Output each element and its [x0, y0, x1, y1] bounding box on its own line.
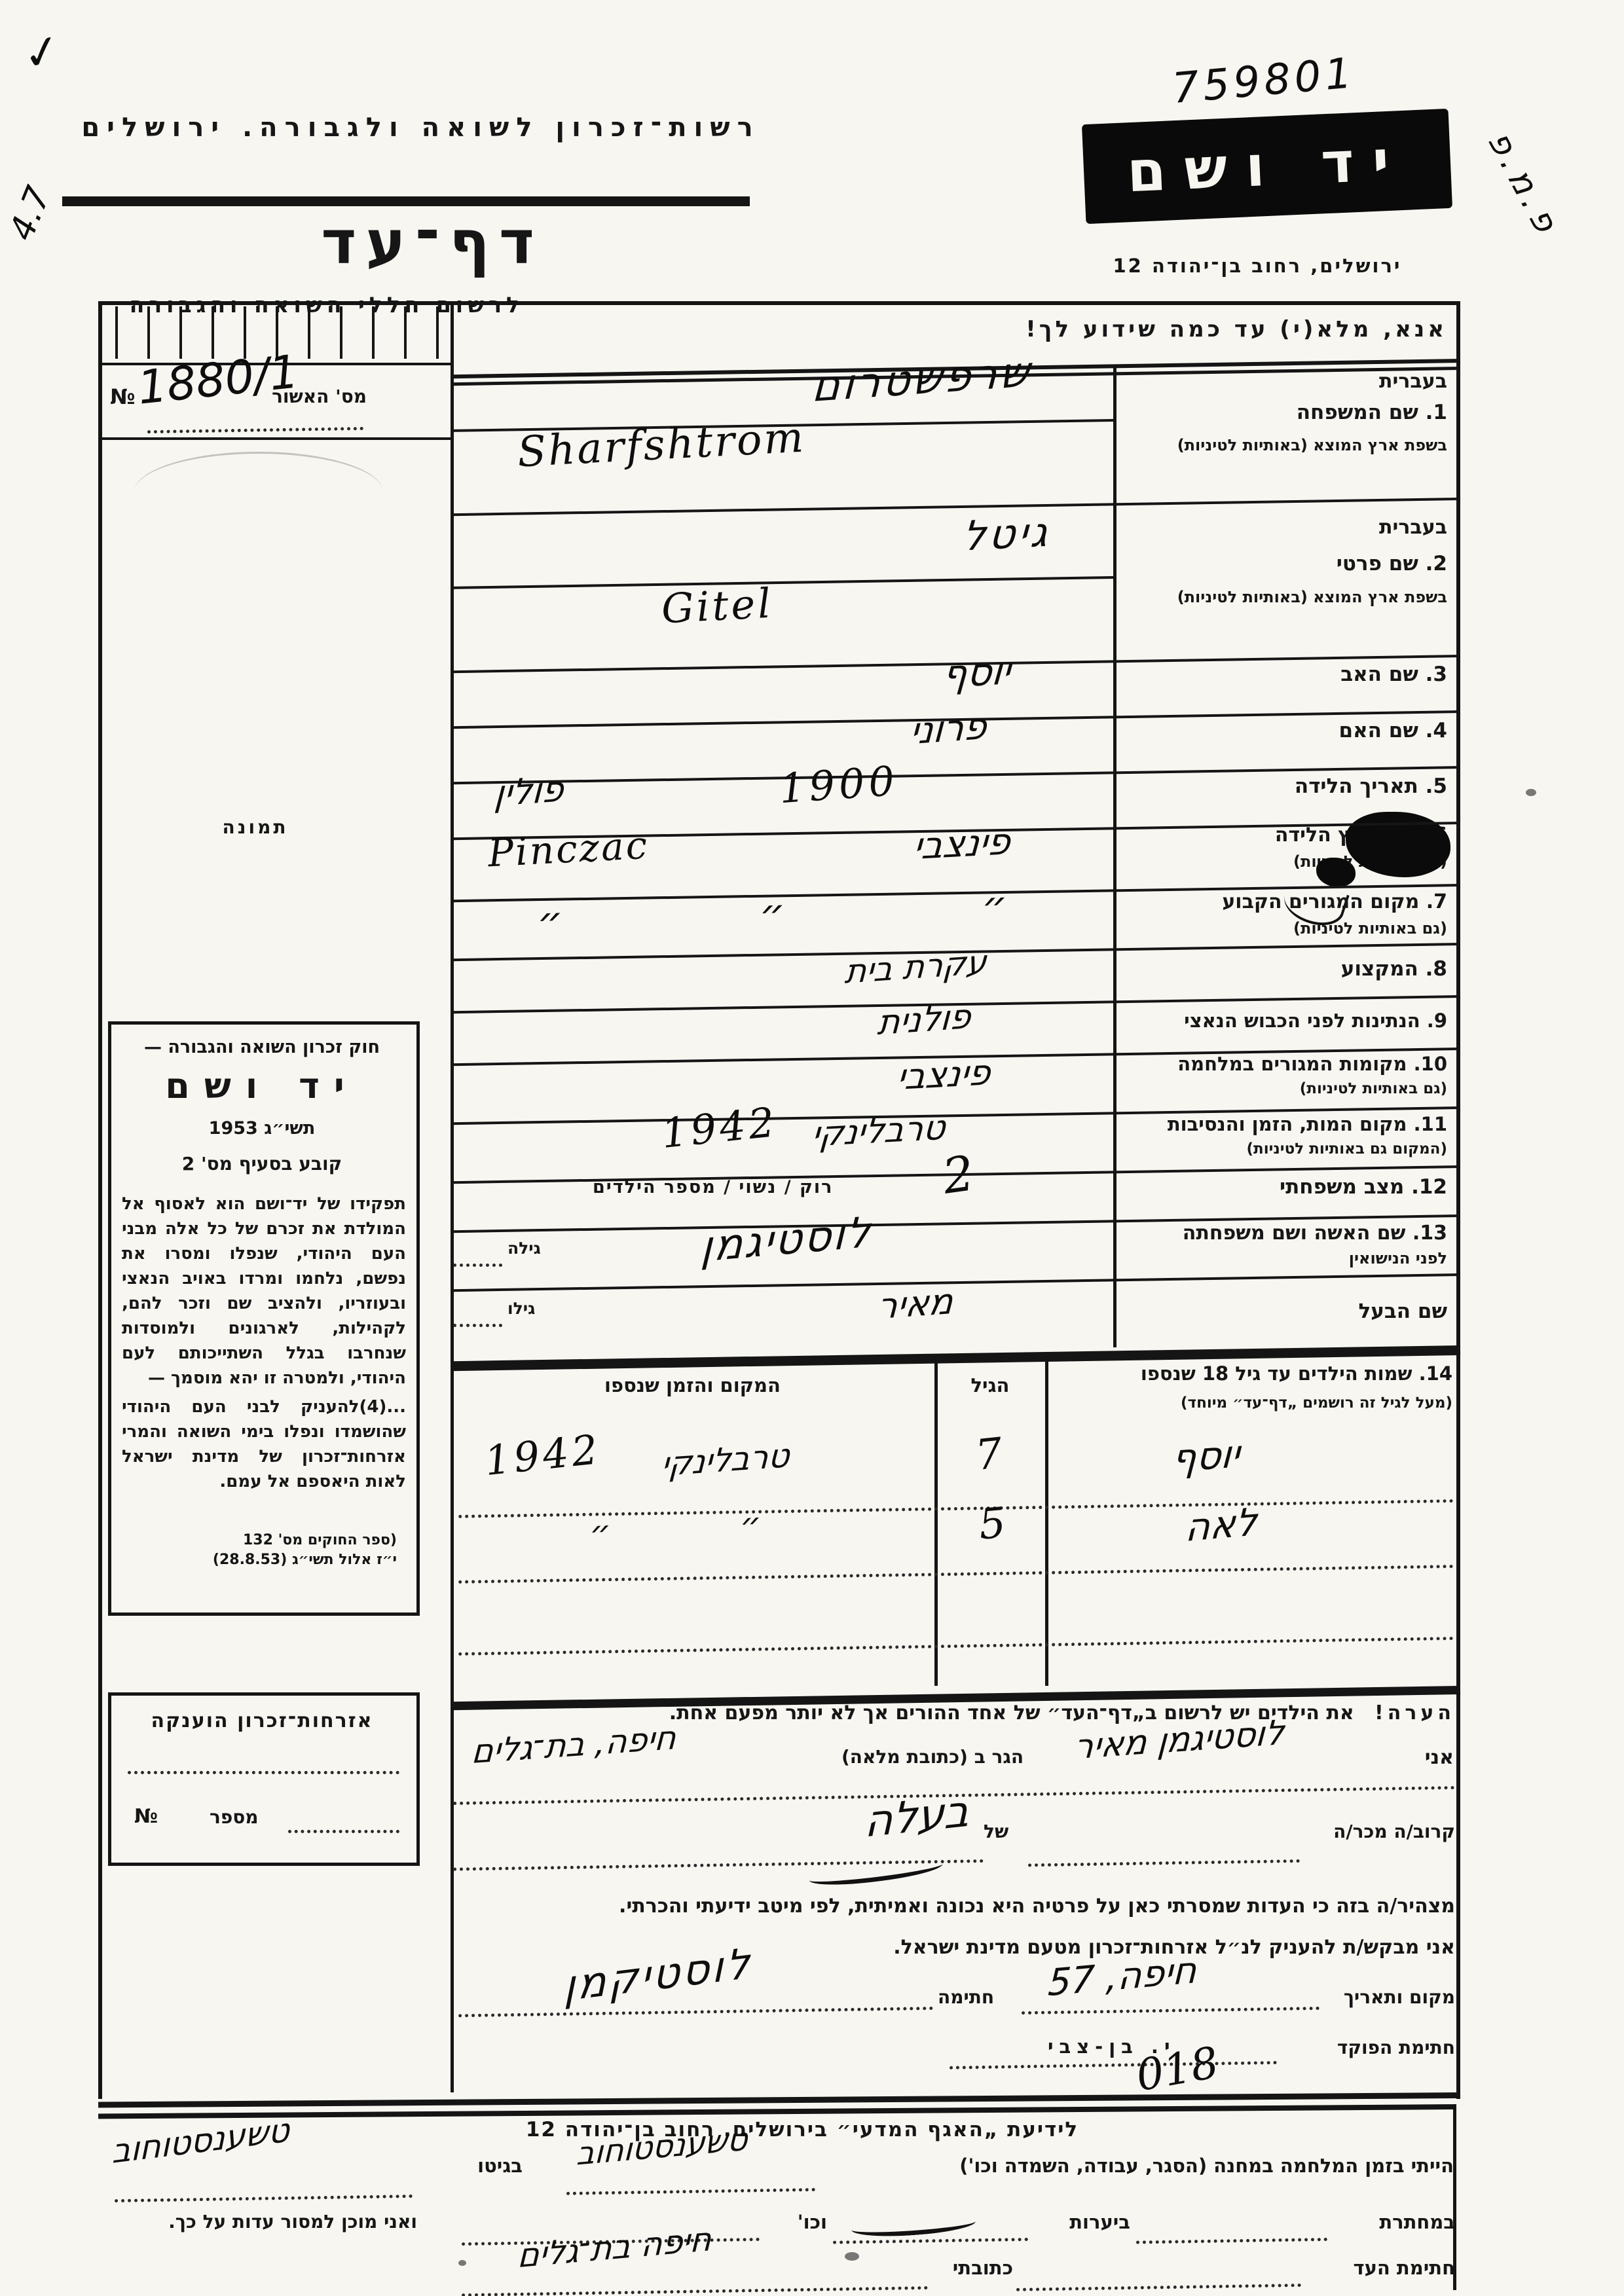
his-age-line	[453, 1324, 502, 1327]
marital-options: רוק / נשוי / מספר הילדים	[593, 1177, 833, 1197]
war-residence-value: פינצבי	[896, 1055, 992, 1095]
child1-age: 7	[974, 1432, 1005, 1477]
fill-in-banner: אנא, מלא(י) עד כמה שידוע לך!	[1123, 316, 1447, 342]
margin-note-left: 4.7	[5, 182, 56, 245]
husband-label: שם הבעל	[1123, 1300, 1447, 1323]
witness-address-written: חיפה בת־גלים	[517, 2223, 712, 2272]
field9-label: 9. הנתינות לפני הכבוש הנאצי	[1123, 1010, 1447, 1032]
field13-label: 13. שם האשה ושם משפחתה	[1123, 1222, 1447, 1245]
citizenship-box-title: אזרחות־זכרון הוענקה	[118, 1710, 406, 1733]
child2-age: 5	[977, 1502, 1007, 1546]
child1-place: טרבלינקי	[660, 1439, 790, 1481]
field5-label: 5. תאריך הלידה	[1123, 774, 1447, 798]
field10-sub: (גם באותיות לטיניות)	[1123, 1080, 1447, 1097]
handwritten-file-number: 759801	[1171, 52, 1357, 110]
marital-value: 2	[940, 1149, 977, 1201]
law-name: יד ושם	[118, 1066, 406, 1106]
decl-relation-written: בעלה	[864, 1789, 970, 1844]
my-address-label: כתובתי	[931, 2257, 1013, 2279]
law-ref: (ספר החוקים מס' 132 י״ז אלול תשי״ג (28.8…	[122, 1531, 397, 1570]
death-place-value: טרבלינקי	[811, 1111, 947, 1152]
profession-value: עקרת בית	[844, 945, 988, 988]
field4-label: 4. שם האם	[1123, 719, 1447, 742]
header-bar	[62, 196, 750, 206]
children-title: 14. שמות הילדים עד גיל 18 שנספו	[1054, 1363, 1452, 1385]
org-line: רשות־זכרון לשואה ולגבורה. ירושלים	[62, 113, 779, 143]
law-body: תפקידו של יד־ושם הוא לאסוף אל המולדת את …	[122, 1192, 406, 1494]
firstname-latin-value: Gitel	[660, 583, 774, 630]
law-body-text: תפקידו של יד־ושם הוא לאסוף אל המולדת את …	[122, 1192, 406, 1391]
logo-address: ירושלים, רחוב בן־יהודה 12	[1074, 255, 1441, 277]
ghetto-line	[115, 2195, 413, 2202]
forests-label: ביערות	[1033, 2212, 1130, 2233]
field1-label: 1. שם המשפחה	[1123, 401, 1447, 424]
child2-place-ditto: ״ ״	[589, 1508, 763, 1551]
field2-pre: בעברית	[1123, 516, 1447, 539]
field11-sub: (המקום גם באותיות לטיניות)	[1123, 1140, 1447, 1157]
field10-label: 10. מקומות המגורים במלחמה	[1123, 1053, 1447, 1075]
sidebar-rule-approval	[100, 437, 451, 440]
war-line-label: הייתי בזמן המלחמה במחנה (הסגר, עבודה, הש…	[812, 2155, 1454, 2177]
labels-divider	[1113, 365, 1116, 1347]
scan-speck	[458, 2260, 466, 2266]
decl-i-label: אני	[1414, 1747, 1454, 1770]
my-address-line	[462, 2286, 928, 2296]
child2-name: לאה	[1185, 1503, 1258, 1547]
field12-label: 12. מצב משפחתי	[1123, 1175, 1447, 1199]
sidebar-divider	[451, 305, 454, 2092]
yad-vashem-logo: יד ושם	[1082, 109, 1452, 224]
law-clause: קובע בסעיף מס' 2	[118, 1154, 406, 1175]
field1-pre: בעברית	[1123, 370, 1447, 393]
forests-line	[833, 2238, 1028, 2244]
photo-label: תמונה	[193, 817, 318, 838]
field11-label: 11. מקום המות, הזמן והנסיבות	[1123, 1113, 1447, 1135]
scan-speck	[845, 2252, 859, 2261]
children-note: הערה! את הילדים יש לרשום ב„דף־העד״ של אח…	[458, 1702, 1455, 1725]
citizenship-number-sign: №	[134, 1806, 158, 1829]
clerk-signature-label: חתימת הפוקד	[1282, 2037, 1455, 2058]
camp-line	[566, 2188, 815, 2195]
husband-name-value: מאיר	[876, 1284, 954, 1324]
place-date-label: מקום ותאריך	[1324, 1987, 1455, 2008]
firstname-hebrew-value: גיטל	[961, 511, 1052, 556]
field3-label: 3. שם האב	[1123, 663, 1447, 686]
decl-of-label: של	[984, 1821, 1008, 1842]
ghetto-written: טשענסטוחוב	[112, 2113, 290, 2168]
underground-label: במחתרת	[1333, 2212, 1455, 2233]
law-body2-text: ...(4)להעניק לבני העם היהודי שהושמדו ונפ…	[122, 1394, 406, 1494]
underground-line	[1136, 2238, 1327, 2244]
birth-country-value: פולין	[493, 771, 564, 812]
decl-relation-label: קרוב/ה מכר/ה	[1303, 1821, 1455, 1842]
field7-label: 7. מקום המגורים הקבוע	[1123, 890, 1447, 913]
law-ref-1: (ספר החוקים מס' 132	[122, 1531, 397, 1550]
children-subtitle: (מעל לגיל זה רושמים „דף־עד״ מיוחד)	[1054, 1394, 1452, 1412]
signature-label: חתימה	[938, 1987, 994, 2008]
birth-place-hebrew-value: פינצבי	[912, 824, 1012, 866]
decl-resides-label: הגר ב (כתובת מלאה)	[841, 1747, 1024, 1768]
her-age-label: גילה	[507, 1239, 541, 1258]
law-ref-2: י״ז אלול תשי״ג (28.8.53)	[122, 1550, 397, 1570]
father-name-value: יוסף	[942, 651, 1012, 693]
etc-label: וכו'	[765, 2212, 827, 2233]
field1-sub: בשפת ארץ המוצא (באותיות לטיניות)	[1123, 436, 1447, 454]
ready-statement: ואני מוכן למסור עדות על כך.	[100, 2212, 417, 2232]
citizenship-value: פולנית	[876, 1000, 972, 1040]
table-vline-age-right	[1045, 1357, 1048, 1686]
field2-label: 2. שם פרטי	[1123, 552, 1447, 575]
margin-checkmark: ✓	[18, 26, 65, 79]
her-age-line	[453, 1264, 502, 1267]
col-age-header: הגיל	[938, 1375, 1043, 1396]
mother-name-value: פרוני	[909, 708, 987, 751]
citizenship-number-label: מספר	[210, 1807, 259, 1828]
scan-speck	[1526, 789, 1536, 796]
field13-sub: לפני הנישואין	[1123, 1249, 1447, 1267]
death-year-value: 1942	[659, 1102, 779, 1154]
forests-scribble	[851, 2212, 976, 2239]
page-title: דף־עד	[334, 208, 544, 278]
yad-vashem-logo-text: יד ושם	[1126, 128, 1409, 206]
table-vline-age-left	[934, 1357, 938, 1686]
child1-name: יוסף	[1171, 1434, 1241, 1478]
col-place-header: המקום והזמן שנספו	[458, 1375, 927, 1396]
approval-number-sign: №	[110, 385, 136, 409]
field2-sub: בשפת ארץ המוצא (באותיות לטיניות)	[1123, 588, 1447, 606]
his-age-label: גילו	[507, 1300, 535, 1319]
ghetto-label: בגיטו	[424, 2155, 523, 2177]
photo-area-mark	[134, 452, 383, 532]
info-title: לידיעת „האגף המדעי״ בירושלים. רחוב בן־יה…	[393, 2119, 1211, 2142]
birth-place-latin-value: Pinczac	[487, 826, 650, 873]
law-year: תשי״ג 1953	[118, 1118, 406, 1139]
witness-signature-label: חתימת העד	[1304, 2257, 1455, 2279]
children-note-label: הערה!	[1375, 1702, 1455, 1724]
citizenship-box-line	[128, 1771, 399, 1774]
decl-statement: מצהיר/ה בזה כי העדות שמסרתי כאן על פרטיה…	[458, 1895, 1455, 1918]
field7-sub: (גם באותיות לטיניות)	[1123, 919, 1447, 938]
corner-script-note: פ.מ.פ	[1482, 126, 1565, 242]
witness-signature-line	[1016, 2284, 1301, 2291]
citizenship-number-line	[288, 1830, 399, 1833]
testimony-page-scan: ✓ 4.7 759801 פ.מ.פ רשות־זכרון לשואה ולגב…	[0, 0, 1624, 2296]
form-bottom-rule-2	[98, 2104, 1456, 2119]
birth-date-value: 1900	[778, 761, 900, 810]
child1-year: 1942	[483, 1429, 602, 1482]
field8-label: 8. המקצוע	[1123, 957, 1447, 981]
law-head: חוק זכרון השואה והגבורה —	[118, 1037, 406, 1057]
decl-request: אני מבקש/ת להעניק לנ״ל אזרחות־זכרון מטעם…	[458, 1937, 1455, 1959]
